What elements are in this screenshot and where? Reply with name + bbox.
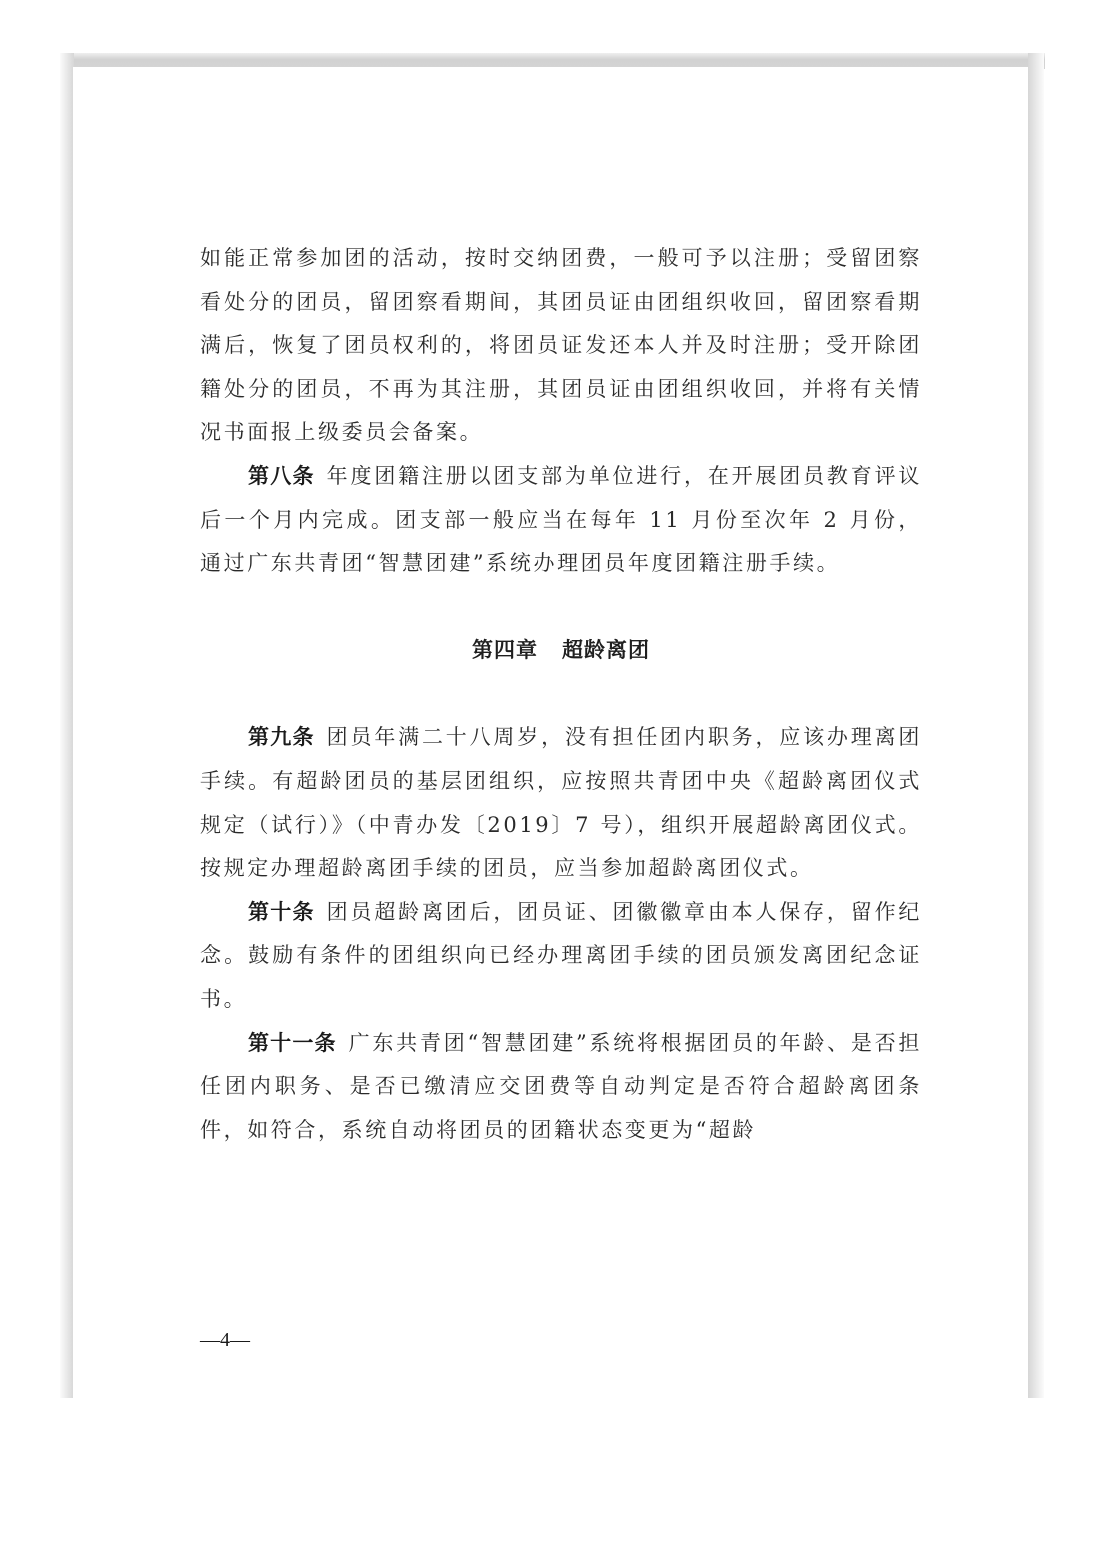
article-heading: 第八条 (248, 464, 315, 488)
article-heading: 第九条 (248, 725, 315, 749)
page-shadow-right (1028, 53, 1044, 1398)
article-11: 第十一条广东共青团“智慧团建”系统将根据团员的年龄、是否担任团内职务、是否已缴清… (200, 1022, 922, 1153)
chapter-heading: 第四章超龄离团 (200, 629, 922, 673)
paragraph-text: 如能正常参加团的活动，按时交纳团费，一般可予以注册；受留团察看处分的团员，留团察… (200, 246, 922, 444)
article-heading: 第十一条 (248, 1031, 337, 1055)
paragraph-continuation: 如能正常参加团的活动，按时交纳团费，一般可予以注册；受留团察看处分的团员，留团察… (200, 237, 922, 455)
article-heading: 第十条 (248, 900, 315, 924)
article-9: 第九条团员年满二十八周岁，没有担任团内职务，应该办理离团手续。有超龄团员的基层团… (200, 716, 922, 890)
article-10: 第十条团员超龄离团后，团员证、团徽徽章由本人保存，留作纪念。鼓励有条件的团组织向… (200, 891, 922, 1022)
article-8: 第八条年度团籍注册以团支部为单位进行，在开展团员教育评议后一个月内完成。团支部一… (200, 455, 922, 586)
page-number: —4— (200, 1329, 250, 1352)
chapter-title: 超龄离团 (562, 638, 650, 662)
page-body: 如能正常参加团的活动，按时交纳团费，一般可予以注册；受留团察看处分的团员，留团察… (200, 237, 922, 1152)
chapter-number: 第四章 (472, 638, 538, 662)
document-page: 如能正常参加团的活动，按时交纳团费，一般可予以注册；受留团察看处分的团员，留团察… (73, 67, 1028, 1398)
page-shadow-left (60, 53, 74, 1398)
